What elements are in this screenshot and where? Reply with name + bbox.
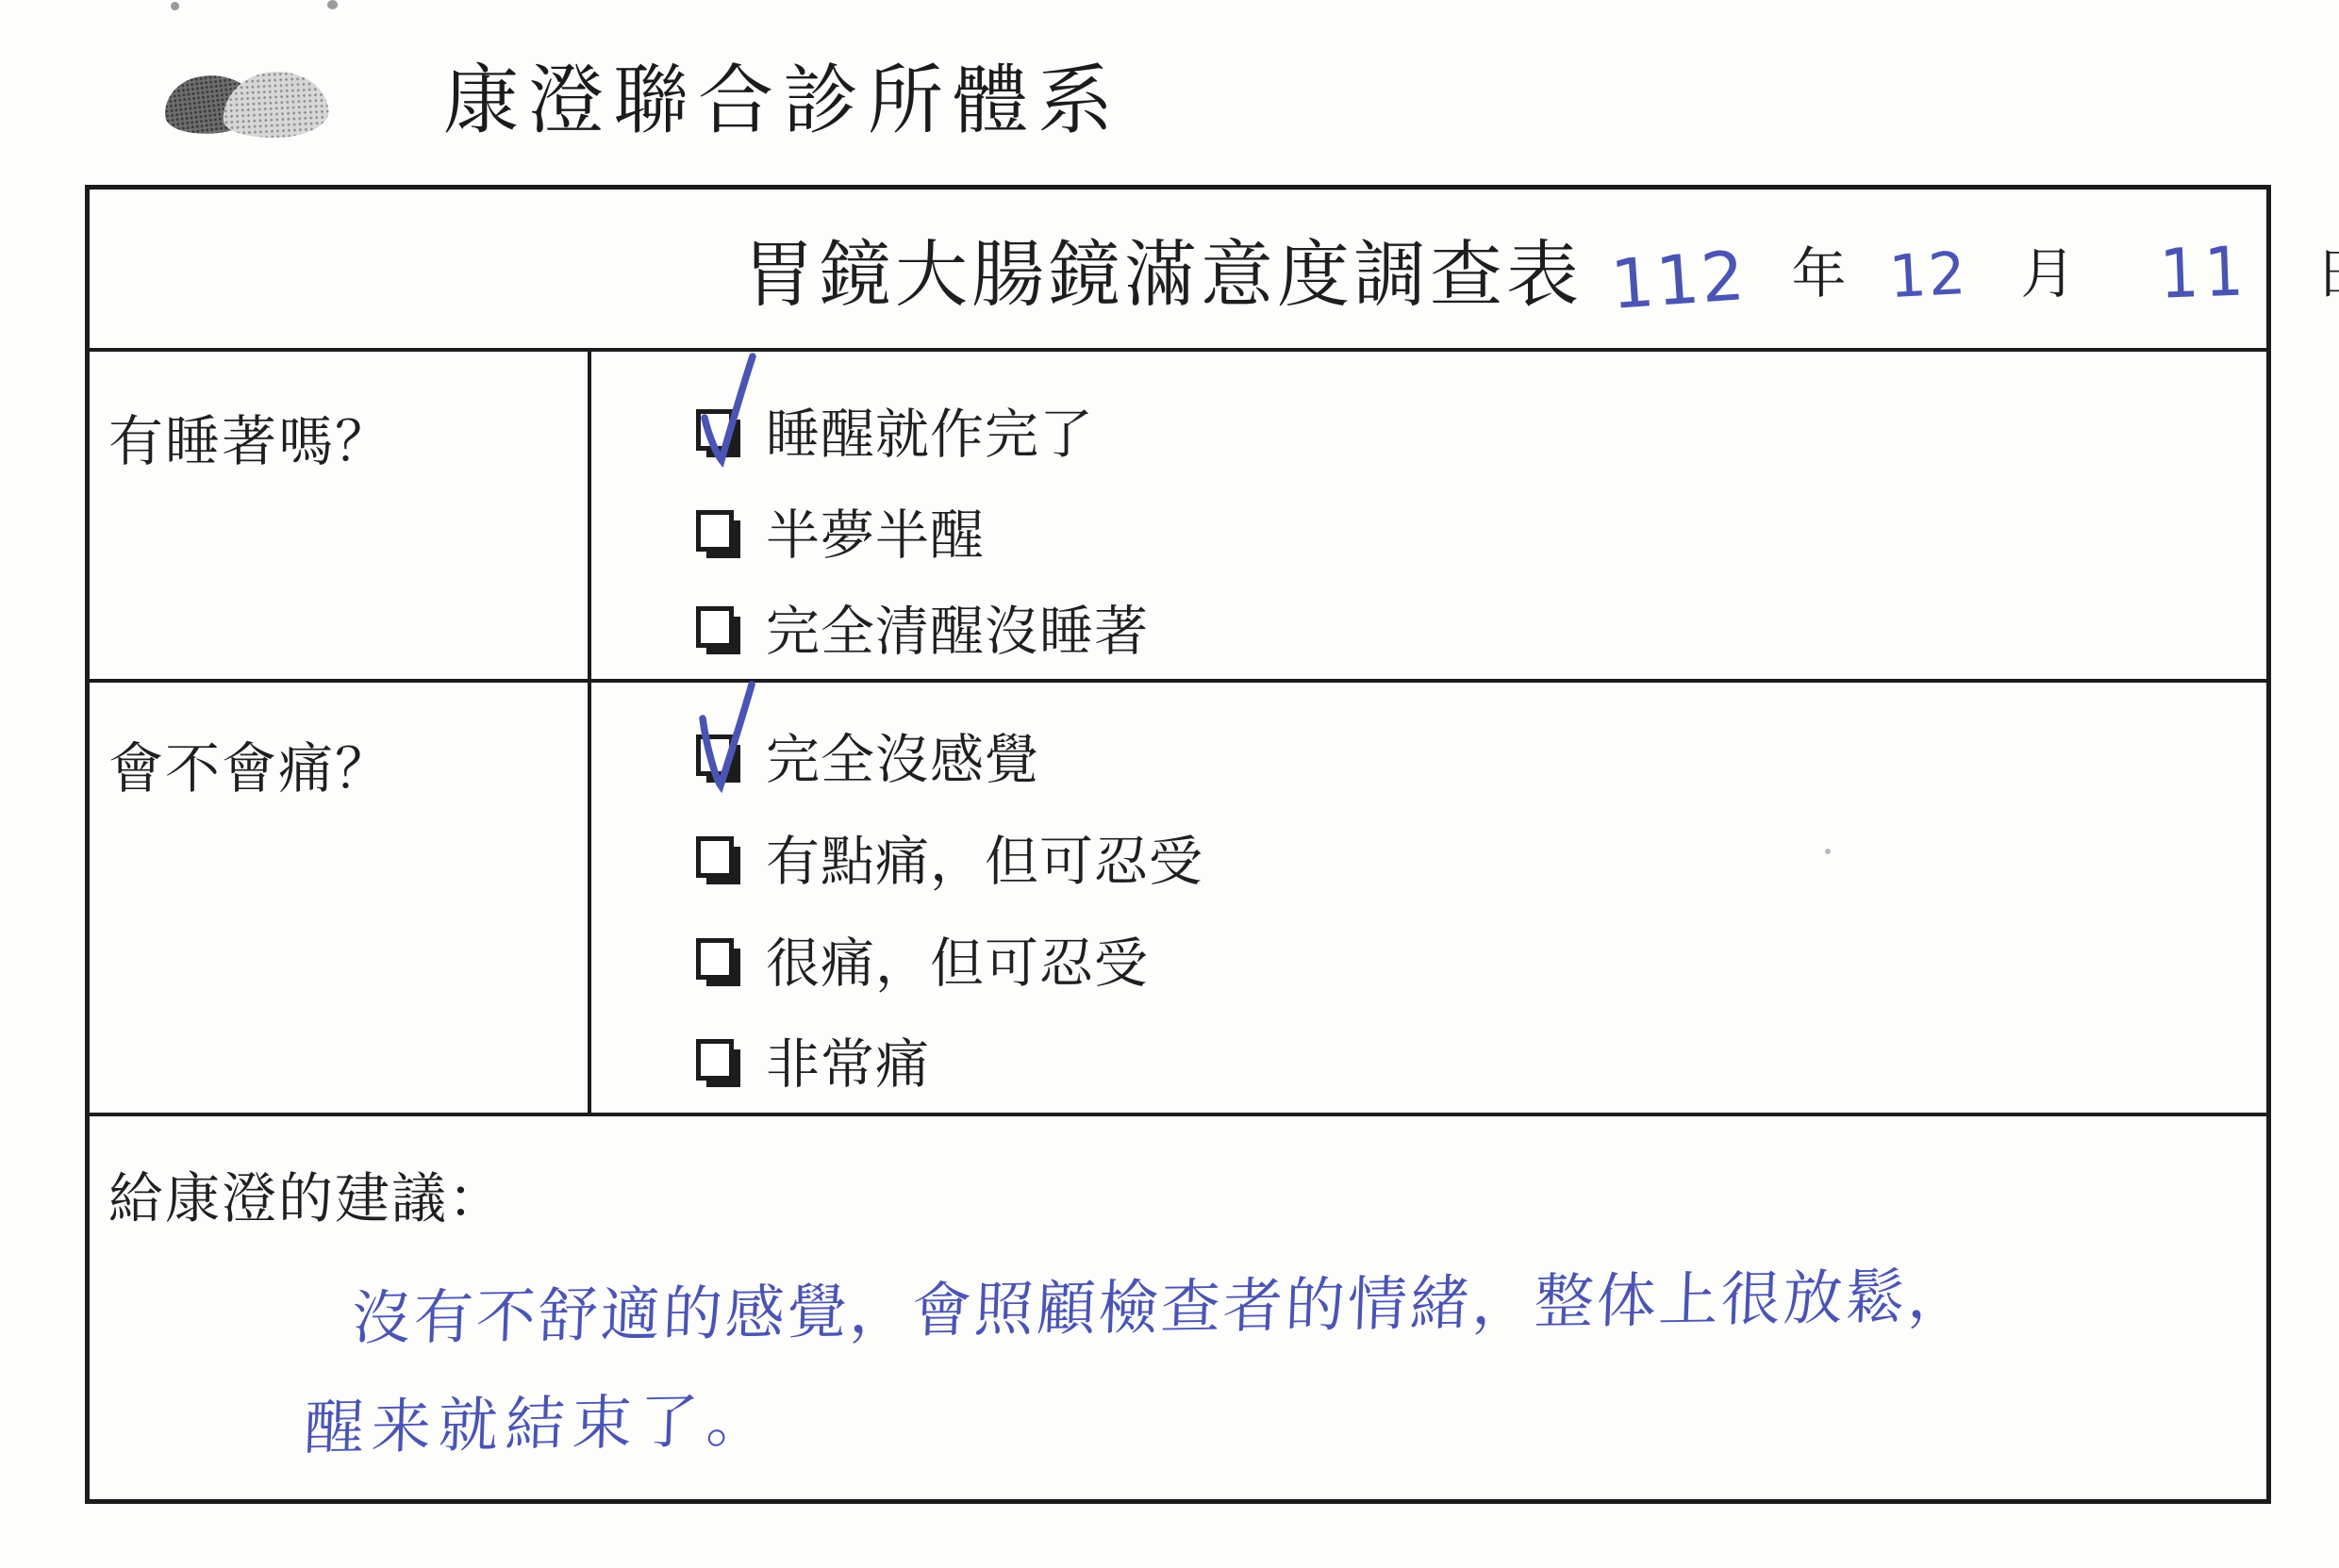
option-label: 有點痛，但可忍受 <box>766 818 1203 896</box>
checkbox[interactable] <box>696 606 734 648</box>
option-label: 很痛，但可忍受 <box>766 920 1149 998</box>
option-slept-through[interactable]: 睡醒就作完了 <box>696 397 1094 463</box>
option-slight-pain[interactable]: 有點痛，但可忍受 <box>696 824 1203 890</box>
checkbox-checked[interactable] <box>696 734 734 776</box>
scan-speck <box>327 0 338 9</box>
option-label: 完全清醒沒睡著 <box>766 588 1149 666</box>
suggestion-label: 給康澄的建議： <box>108 1154 505 1233</box>
option-no-feeling[interactable]: 完全沒感覺 <box>696 722 1039 788</box>
question-pain-options: 完全沒感覺 有點痛，但可忍受 很痛，但可忍受 非常痛 <box>591 683 2266 1113</box>
blue-checkmark-icon <box>689 348 765 475</box>
option-extremely-painful[interactable]: 非常痛 <box>696 1027 930 1093</box>
checkbox[interactable] <box>696 1039 734 1081</box>
question-sleep-options: 睡醒就作完了 半夢半醒 完全清醒沒睡著 <box>591 352 2266 679</box>
form-title: 胃鏡大腸鏡滿意度調查表 <box>742 217 1583 322</box>
handwritten-year-value: 112 <box>1608 236 1749 324</box>
title-row: 胃鏡大腸鏡滿意度調查表 112 年 12 月 11 日 <box>90 190 2266 352</box>
suggestion-row: 給康澄的建議： 沒有不舒適的感覺，會照顧檢查者的情緒，整体上很放鬆， 醒来就結束… <box>90 1116 2266 1499</box>
question-sleep-label-cell: 有睡著嗎？ <box>90 352 591 679</box>
handwritten-suggestion-line-2: 醒来就結束了。 <box>303 1373 774 1467</box>
survey-table: 胃鏡大腸鏡滿意度調查表 112 年 12 月 11 日 有睡著嗎？ <box>85 185 2271 1504</box>
checkbox[interactable] <box>696 510 734 552</box>
question-sleep-row: 有睡著嗎？ 睡醒就作完了 半夢半醒 完全清醒沒 <box>90 352 2266 683</box>
option-label: 睡醒就作完了 <box>766 391 1094 469</box>
option-label: 非常痛 <box>766 1021 930 1098</box>
option-label: 完全沒感覺 <box>766 717 1039 794</box>
option-label: 半夢半醒 <box>766 492 985 569</box>
checkbox[interactable] <box>696 836 734 878</box>
handwritten-month-value: 12 <box>1888 238 1970 310</box>
option-very-painful-bearable[interactable]: 很痛，但可忍受 <box>696 926 1149 992</box>
handwritten-day-value: 11 <box>2159 231 2250 313</box>
blue-checkmark-icon <box>689 673 765 801</box>
question-pain-label: 會不會痛？ <box>108 724 391 803</box>
option-fully-awake[interactable]: 完全清醒沒睡著 <box>696 594 1149 660</box>
question-pain-label-cell: 會不會痛？ <box>90 683 591 1113</box>
option-half-asleep[interactable]: 半夢半醒 <box>696 498 985 564</box>
clinic-logo-icon <box>160 64 330 140</box>
clinic-name: 康澄聯合診所體系 <box>443 40 1122 148</box>
month-label: 月 <box>2020 229 2075 308</box>
scanned-survey-form: 康澄聯合診所體系 胃鏡大腸鏡滿意度調查表 112 年 12 月 11 日 有睡著… <box>0 0 2339 1568</box>
question-sleep-label: 有睡著嗎？ <box>108 397 391 476</box>
scan-speck <box>171 2 179 10</box>
checkbox-checked[interactable] <box>696 409 734 451</box>
checkbox[interactable] <box>696 938 734 980</box>
year-label: 年 <box>1791 229 1846 308</box>
day-label: 日 <box>2315 229 2339 308</box>
handwritten-suggestion-line-1: 沒有不舒適的感覺，會照顧檢查者的情緒，整体上很放鬆， <box>350 1248 1971 1357</box>
question-pain-row: 會不會痛？ 完全沒感覺 有點痛，但可忍受 很痛 <box>90 683 2266 1116</box>
logo-light-shape <box>221 69 330 140</box>
